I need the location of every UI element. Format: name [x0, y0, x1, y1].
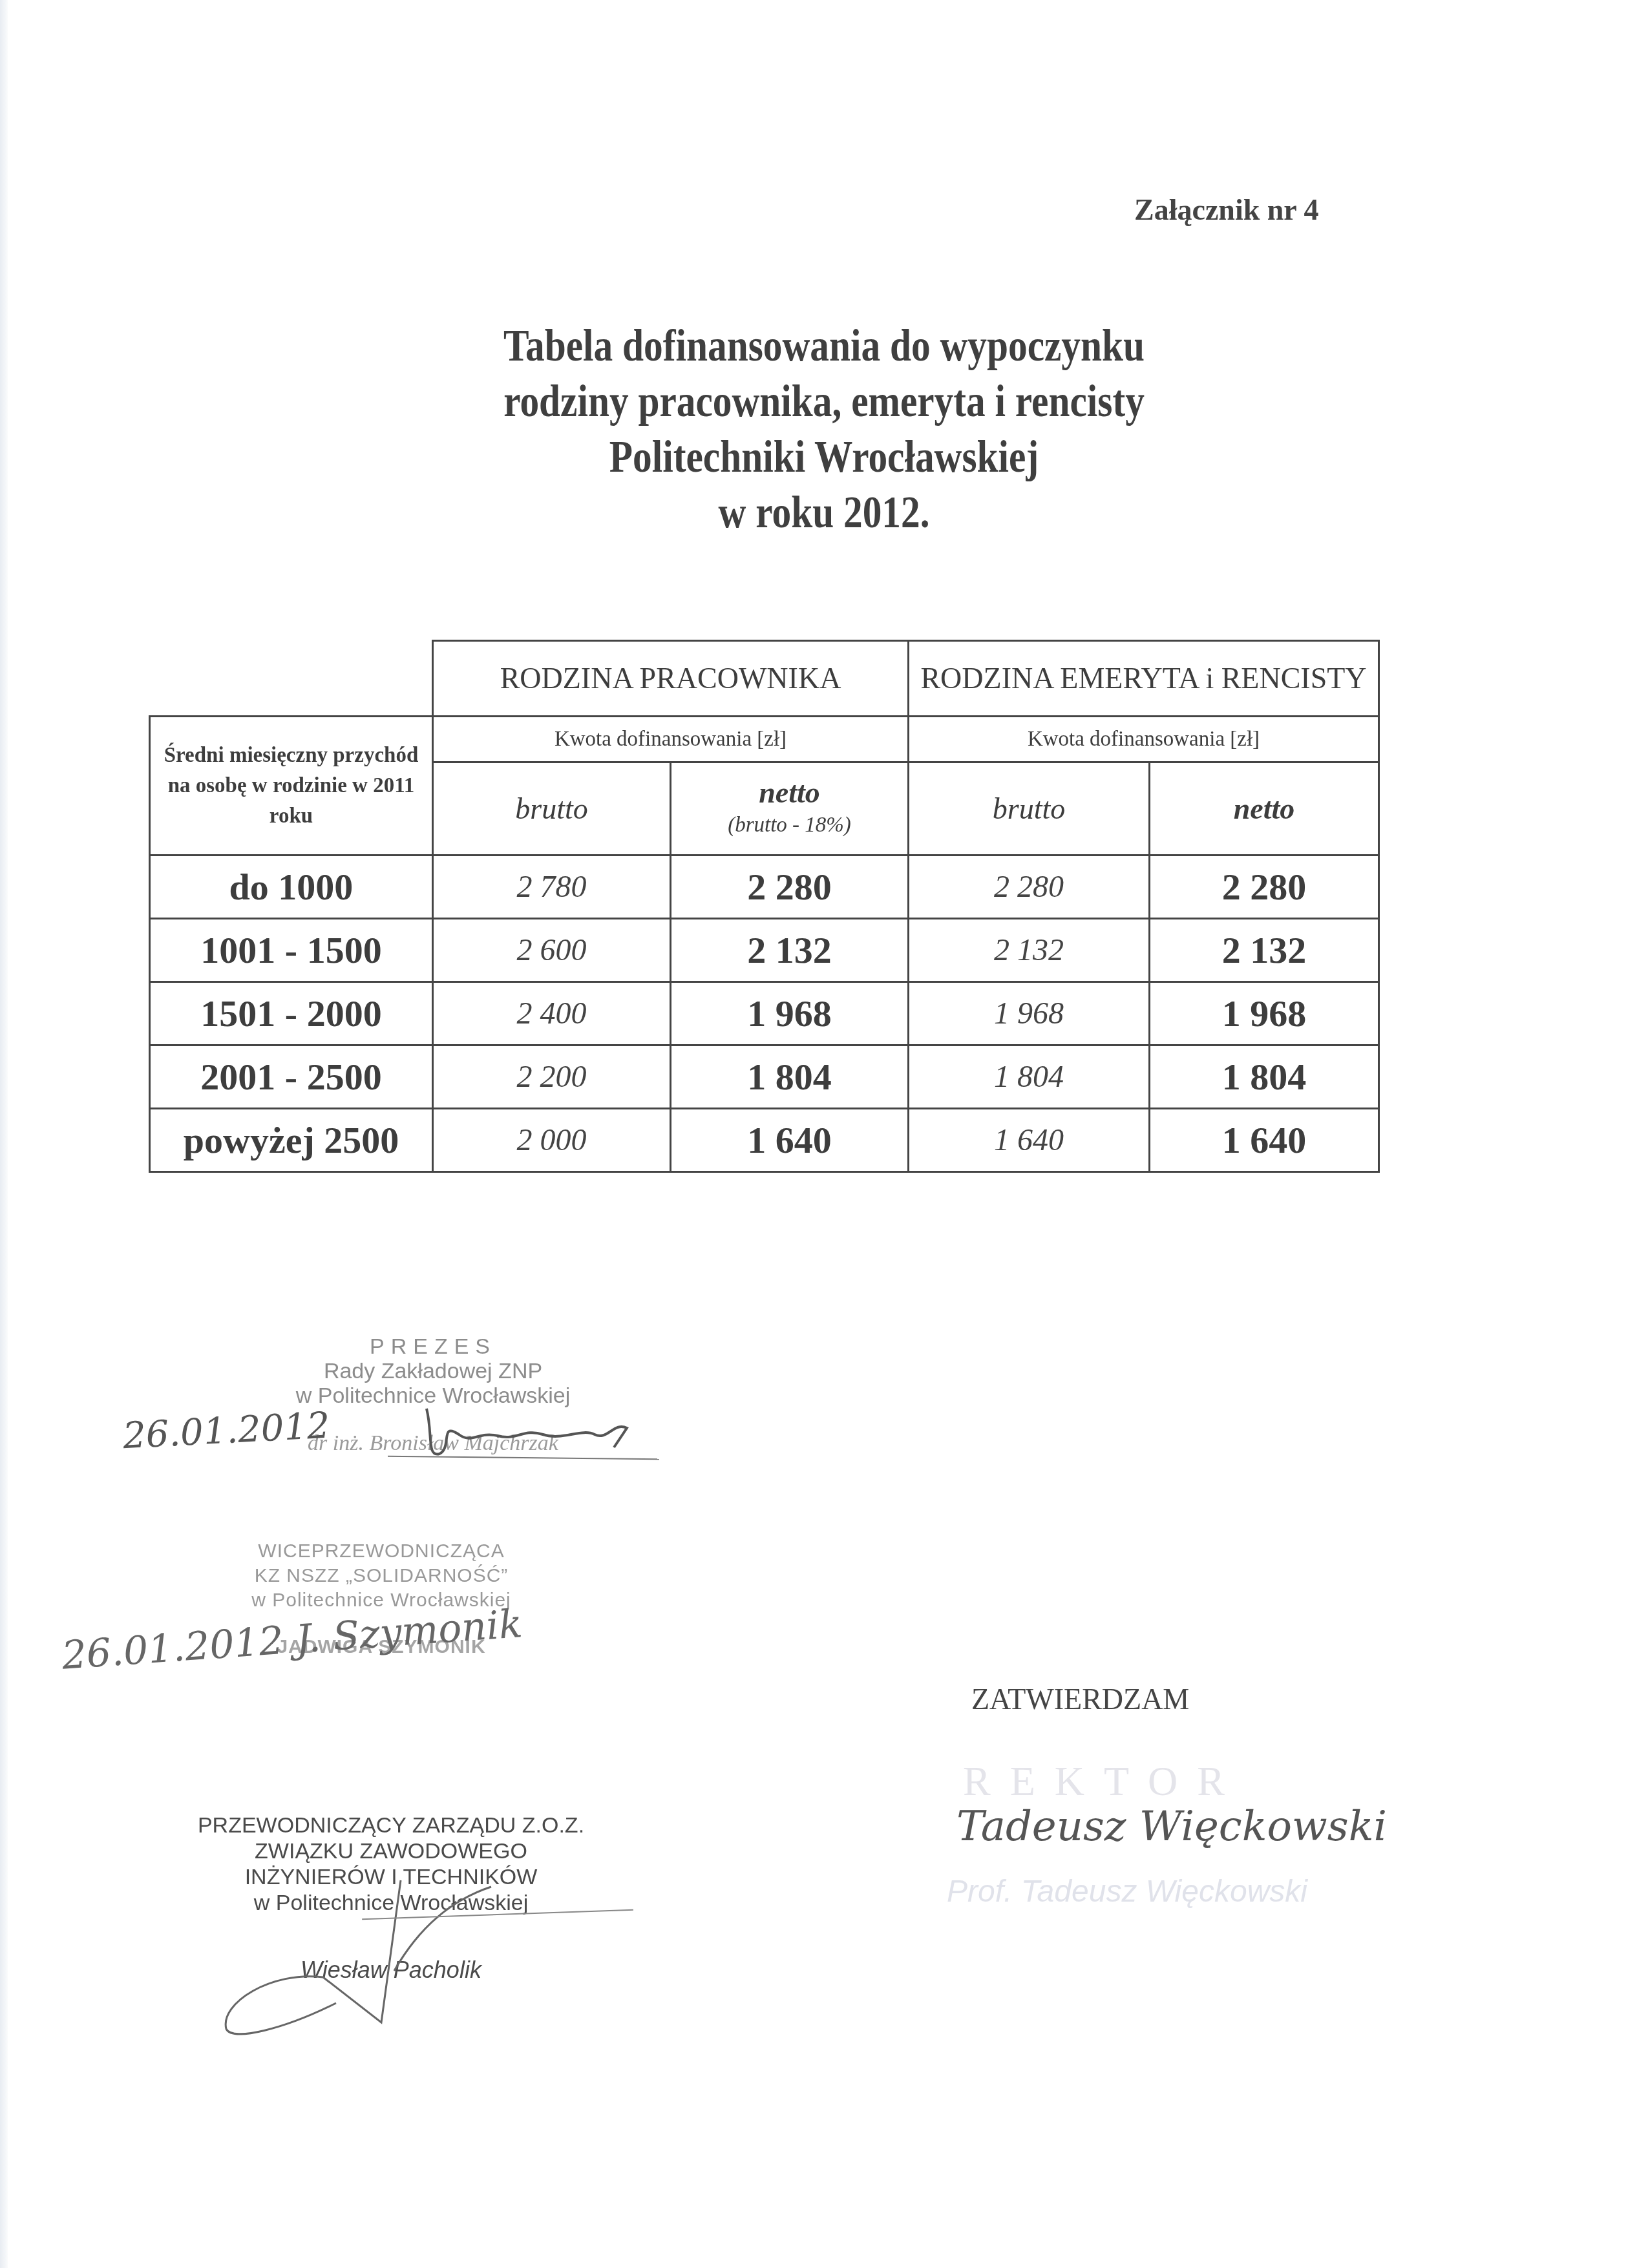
netto-header-pracownik: netto (brutto - 18%) — [670, 761, 909, 856]
stamp-line: WICEPRZEWODNICZĄCA — [194, 1539, 569, 1564]
pracownik-netto-cell: 1 968 — [670, 981, 909, 1046]
netto-label: netto — [759, 777, 820, 809]
netto-header-emeryt: netto — [1148, 761, 1380, 856]
stamp-line: ZWIĄZKU ZAWODOWEGO — [149, 1838, 633, 1864]
title-line: rodziny pracownika, emeryta i rencisty — [282, 373, 1366, 429]
brutto-label: brutto — [993, 793, 1065, 825]
pracownik-brutto-cell: 2 600 — [432, 918, 671, 983]
netto-label: netto — [1234, 793, 1295, 825]
stamp-line: PRZEWODNICZĄCY ZARZĄDU Z.O.Z. — [149, 1812, 633, 1838]
emeryt-brutto-cell: 1 804 — [907, 1044, 1150, 1109]
title-line: w roku 2012. — [282, 485, 1366, 540]
pracownik-brutto-cell: 2 200 — [432, 1044, 671, 1109]
brutto-header-emeryt: brutto — [907, 761, 1150, 856]
stamp-line: Rady Zakładowej ZNP — [239, 1359, 627, 1383]
emeryt-netto-cell: 1 804 — [1148, 1044, 1380, 1109]
emeryt-netto-cell: 2 280 — [1148, 854, 1380, 919]
handwritten-date: 26.01.2012 — [60, 1618, 285, 1679]
scan-edge — [0, 0, 8, 2268]
emeryt-brutto-cell: 1 968 — [907, 981, 1150, 1046]
rector-stamp-title: REKTOR — [963, 1758, 1244, 1805]
income-range-cell: 1001 - 1500 — [149, 918, 434, 983]
emeryt-netto-cell: 1 968 — [1148, 981, 1380, 1046]
emeryt-brutto-cell: 1 640 — [907, 1108, 1150, 1173]
pracownik-brutto-cell: 2 780 — [432, 854, 671, 919]
title-line: Tabela dofinansowania do wypoczynku — [282, 318, 1366, 373]
emeryt-netto-cell: 1 640 — [1148, 1108, 1380, 1173]
income-range-cell: 1501 - 2000 — [149, 981, 434, 1046]
group-header-emeryt: RODZINA EMERYTA i RENCISTY — [907, 640, 1380, 717]
income-column-header: Średni miesięczny przychód na osobę w ro… — [149, 715, 434, 856]
netto-note: (brutto - 18%) — [728, 809, 851, 841]
pracownik-brutto-cell: 2 400 — [432, 981, 671, 1046]
pracownik-netto-cell: 2 280 — [670, 854, 909, 919]
approval-label: ZATWIERDZAM — [971, 1682, 1189, 1716]
handwritten-signature: Tadeusz Więckowski — [956, 1803, 1387, 1851]
pracownik-netto-cell: 1 804 — [670, 1044, 909, 1109]
pracownik-netto-cell: 2 132 — [670, 918, 909, 983]
kwota-subheader-emeryt: Kwota dofinansowania [zł] — [907, 715, 1380, 763]
kwota-subheader-pracownik: Kwota dofinansowania [zł] — [432, 715, 909, 763]
emeryt-brutto-cell: 2 280 — [907, 854, 1150, 919]
group-header-pracownik: RODZINA PRACOWNIKA — [432, 640, 909, 717]
brutto-header-pracownik: brutto — [432, 761, 671, 856]
income-range-cell: 2001 - 2500 — [149, 1044, 434, 1109]
title-line: Politechniki Wrocławskiej — [282, 429, 1366, 485]
document-title: Tabela dofinansowania do wypoczynku rodz… — [282, 318, 1366, 540]
income-range-cell: do 1000 — [149, 854, 434, 919]
emeryt-netto-cell: 2 132 — [1148, 918, 1380, 983]
pracownik-brutto-cell: 2 000 — [432, 1108, 671, 1173]
signature-scribble — [207, 1874, 530, 2042]
rector-stamp-name: Prof. Tadeusz Więckowski — [947, 1874, 1307, 1909]
pracownik-netto-cell: 1 640 — [670, 1108, 909, 1173]
income-range-cell: powyżej 2500 — [149, 1108, 434, 1173]
stamp-title: PREZES — [239, 1334, 627, 1359]
annex-label: Załącznik nr 4 — [1134, 193, 1318, 227]
stamp-line: KZ NSZZ „SOLIDARNOŚĆ” — [194, 1564, 569, 1588]
brutto-label: brutto — [515, 793, 587, 825]
emeryt-brutto-cell: 2 132 — [907, 918, 1150, 983]
